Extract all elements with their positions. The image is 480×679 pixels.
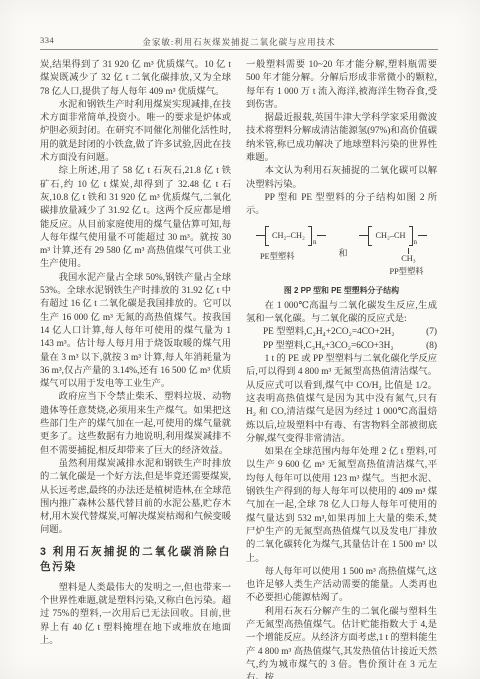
paragraph: 炭,结果得到了 31 920 亿 m³ 优质煤气。10 亿 t 煤炭既减少了 3… [40, 59, 231, 99]
equation-formula: PE 型塑料,C₂H₄+2CO₂=4CO+2H₂ [263, 326, 395, 339]
paragraph: 我国水泥产量占全球 50%,钢铁产量占全球 53%。全球水泥钢铁生产时排放的 3… [40, 272, 231, 392]
paragraph: 政府应当下令禁止柴禾、塑料垃圾、动物遗体等任意焚烧,必须用来生产煤气。如果把这些… [40, 391, 231, 457]
pp-methyl-branch: CH₃ [397, 248, 419, 264]
paragraph: 塑料是人类最伟大的发明之一,但也带来一个世界性难题,就是塑料污染,又称白色污染。… [40, 582, 231, 648]
bond-line [359, 235, 368, 236]
bond-line [256, 235, 265, 236]
pp-formula: CH₂–CH [372, 231, 408, 241]
right-column: 一般塑料需要 10~20 年才能分解,塑料瓶需要 500 年才能分解。分解后形成… [246, 59, 437, 679]
equation-number: (7) [426, 326, 437, 339]
pp-branch-formula: CH₃ [401, 254, 415, 264]
structures-row: CH₂–CH₂n PE型塑料 和 CH₂–CHn CH₃ PP型塑料 [246, 224, 437, 277]
paragraph: 虽然利用煤炭减排水泥和钢铁生产时排放的二氧化碳是一个好方法,但是毕竟还需要煤炭,… [40, 458, 231, 538]
paragraph: 一般塑料需要 10~20 年才能分解,塑料瓶需要 500 年才能分解。分解后形成… [246, 59, 437, 112]
page-header: 334 金家敏:利用石灰煤炭捕捉二氧化碳与应用技术 [40, 34, 438, 50]
pp-structure-row: CH₂–CHn [359, 224, 427, 248]
subscript-n: n [313, 237, 317, 247]
bond-line [418, 235, 427, 236]
bond-line [317, 235, 326, 236]
paragraph: 据最近报载,英国牛津大学科学家采用微波技术将塑料分解成清洁能源氢(97%)和高价… [246, 112, 437, 165]
paragraph: 如果在全球范围内每年处理 2 亿 t 塑料,可以生产 9 600 亿 m³ 无氮… [246, 446, 437, 566]
left-column: 炭,结果得到了 31 920 亿 m³ 优质煤气。10 亿 t 煤炭既减少了 3… [40, 59, 231, 679]
right-bracket [409, 226, 413, 246]
paragraph: 每人每年可以使用 1 500 m³ 高热值煤气,这也许足够人类生产活动需要的能量… [246, 566, 437, 606]
subscript-n: n [414, 237, 418, 247]
equation-number: (8) [426, 340, 437, 353]
and-connector-text: 和 [338, 248, 347, 258]
pe-structure-row: CH₂–CH₂n [256, 224, 327, 248]
paragraph: 1 t 的 PE 或 PP 型塑料与二氧化碳化学反应后,可以得到 4 800 m… [246, 353, 437, 446]
equation-formula: PP 型塑料,C₃H₆+3CO₂=6CO+3H₂ [263, 340, 394, 353]
pe-label: PE型塑料 [256, 252, 327, 262]
pe-structure: CH₂–CH₂n PE型塑料 [256, 224, 327, 262]
document-page: 334 金家敏:利用石灰煤炭捕捉二氧化碳与应用技术 炭,结果得到了 31 920… [0, 0, 480, 679]
running-title: 金家敏:利用石灰煤炭捕捉二氧化碳与应用技术 [40, 36, 438, 48]
paragraph: 综上所述,用了 58 亿 t 石灰石,21.8 亿 t 铁矿石,约 10 亿 t… [40, 165, 231, 271]
equation-8: PP 型塑料,C₃H₆+3CO₂=6CO+3H₂ (8) [246, 340, 437, 353]
figure-molecular-structures: CH₂–CH₂n PE型塑料 和 CH₂–CHn CH₃ PP型塑料 [246, 224, 437, 297]
pp-structure: CH₂–CHn CH₃ PP型塑料 [359, 224, 427, 277]
right-bracket [308, 226, 312, 246]
pe-formula: CH₂–CH₂ [269, 231, 308, 241]
equation-7: PE 型塑料,C₂H₄+2CO₂=4CO+2H₂ (7) [246, 326, 437, 339]
paragraph: 利用石灰石分解产生的二氧化碳与塑料生产无氮型高热值煤气。估计贮能指数大于 4,是… [246, 606, 437, 679]
paragraph: 在 1 000℃高温与二氧化碳发生反应,生成氢和一氧化碳。与二氧化碳的反应式是: [246, 300, 437, 327]
pp-label: PP型塑料 [359, 267, 427, 277]
two-column-body: 炭,结果得到了 31 920 亿 m³ 优质煤气。10 亿 t 煤炭既减少了 3… [40, 59, 438, 679]
paragraph: 本文认为利用石灰捕捉的二氧化碳可以解决塑料污染。 [246, 165, 437, 192]
paragraph: 水泥和钢铁生产时利用煤炭实现减排,在技术方面非常简单,投资小。唯一的要求是炉体或… [40, 99, 231, 165]
figure-caption: 图 2 PP 型和 PE 型塑料分子结构 [246, 284, 437, 297]
section-heading: 3 利用石灰捕捉的二氧化碳消除白色污染 [40, 545, 231, 576]
paragraph: PP 型和 PE 型塑料的分子结构如图 2 所示。 [246, 192, 437, 219]
